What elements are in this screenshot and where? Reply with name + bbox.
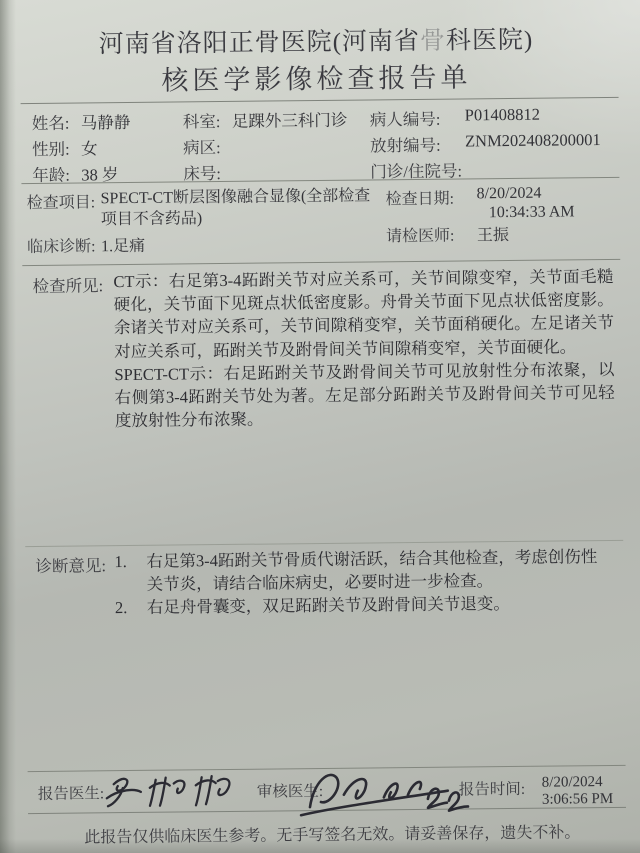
findings-label: 检查所见: [32, 272, 103, 297]
exam-item-value: SPECT-CT断层图像融合显像(全部检查项目不含药品) [100, 185, 374, 230]
diagnosis-item-2-text: 右足舟骨囊变，双足跖跗关节及跗骨间关节退变。 [147, 591, 601, 619]
patient-id-label: 病人编号: [370, 106, 441, 131]
report-page: 河南省洛阳正骨医院(河南省骨科医院) 核医学影像检查报告单 姓名: 马静静 科室… [0, 0, 640, 853]
report-title: 核医学影像检查报告单 [0, 54, 637, 100]
hospital-title-faded-char: 骨 [420, 28, 446, 55]
findings-paragraph-spect: SPECT-CT示：右足跖跗关节及跗骨间关节可见放射性分布浓聚，以右侧第3-4跖… [114, 358, 615, 433]
req-doctor-label: 请检医师: [386, 223, 455, 247]
patient-id-value: P01408812 [465, 105, 540, 126]
hospital-title-prefix: 河南省洛阳正骨医院(河南省 [99, 28, 421, 58]
name-value: 马静静 [81, 109, 131, 134]
radiology-id-value: ZNM202408200001 [465, 130, 601, 151]
name-label: 姓名: [32, 110, 70, 134]
review-doctor-signature [296, 761, 475, 825]
report-date-value: 8/20/2024 [542, 774, 603, 792]
paper-left-edge-shadow [0, 0, 16, 853]
exam-item-label: 检查项目: [27, 189, 96, 213]
gender-value: 女 [81, 135, 98, 159]
radiology-id-label: 放射编号: [370, 132, 441, 157]
exam-time-value: 10:34:33 AM [489, 203, 575, 222]
clinical-dx-value: 1.足痛 [101, 233, 145, 256]
ward-label: 病区: [183, 134, 221, 158]
report-content: 河南省洛阳正骨医院(河南省骨科医院) 核医学影像检查报告单 姓名: 马静静 科室… [0, 0, 640, 853]
hospital-title-suffix: 科医院) [446, 27, 534, 55]
dept-label: 科室: [183, 108, 221, 132]
diagnosis-list: 1. 右足第3-4跖跗关节骨质代谢活跃，结合其他检查，考虑创伤性关节炎，请结合临… [114, 545, 601, 620]
diagnosis-item-2: 2. 右足舟骨囊变，双足跖跗关节及跗骨间关节退变。 [115, 591, 601, 619]
findings-paragraph-ct: CT示：右足第3-4跖跗关节对应关系可，关节间隙变窄，关节面毛糙硬化，关节面下见… [113, 265, 614, 363]
diagnosis-item-2-number: 2. [115, 596, 147, 620]
gender-label: 性别: [32, 136, 70, 160]
report-time-value: 3:06:56 PM [542, 791, 613, 809]
diagnosis-label: 诊断意见: [35, 552, 106, 577]
clinical-dx-label: 临床诊断: [27, 233, 96, 257]
diagnosis-item-1-number: 1. [114, 550, 146, 597]
report-doctor-label: 报告医生: [38, 781, 105, 804]
dept-value: 足踝外三科门诊 [232, 107, 348, 132]
req-doctor-value: 王振 [477, 222, 509, 245]
paper-bottom-edge-shadow [0, 839, 640, 853]
findings-text: CT示：右足第3-4跖跗关节对应关系可，关节间隙变窄，关节面毛糙硬化，关节面下见… [113, 265, 615, 433]
exam-date-value: 8/20/2024 [476, 185, 541, 204]
diagnosis-item-1: 1. 右足第3-4跖跗关节骨质代谢活跃，结合其他检查，考虑创伤性关节炎，请结合临… [114, 545, 600, 596]
diagnosis-item-1-text: 右足第3-4跖跗关节骨质代谢活跃，结合其他检查，考虑创伤性关节炎，请结合临床病史… [146, 545, 600, 596]
exam-date-label: 检查日期: [385, 186, 454, 210]
report-doctor-signature [100, 771, 240, 812]
